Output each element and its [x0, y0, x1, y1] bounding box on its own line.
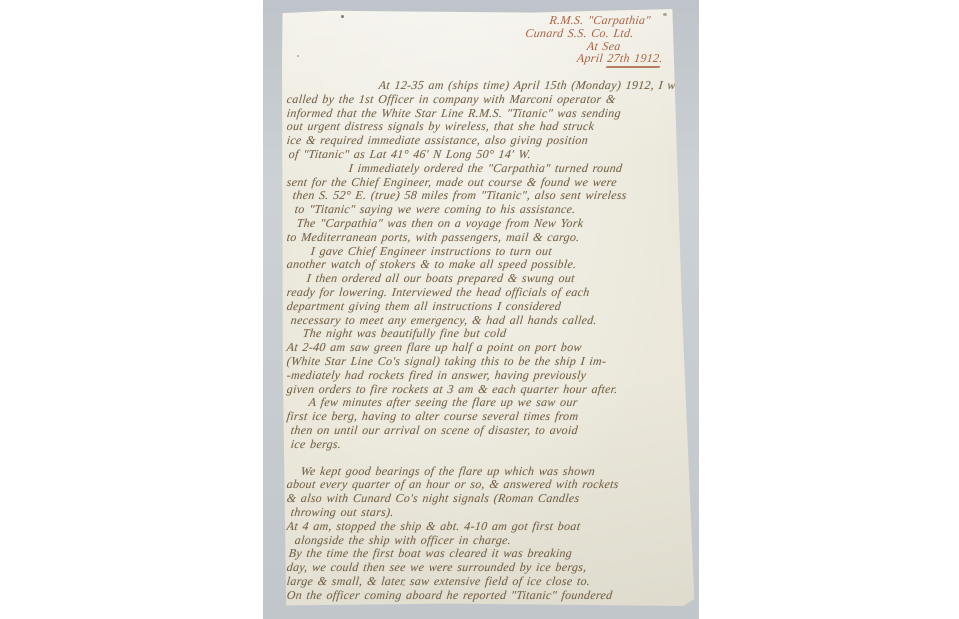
manuscript-line: At 2-40 am saw green flare up half a poi…	[286, 341, 687, 355]
manuscript-line: called by the 1st Officer in company wit…	[286, 93, 687, 107]
manuscript-line: I then ordered all our boats prepared & …	[286, 272, 687, 286]
manuscript-line: ready for lowering. Interviewed the head…	[286, 286, 687, 300]
date-underline	[605, 66, 660, 68]
paper-speck	[663, 13, 667, 16]
manuscript-line: throwing out stars).	[286, 506, 687, 520]
manuscript-line: & also with Cunard Co's night signals (R…	[286, 492, 687, 506]
header-line: April 27th 1912.	[432, 52, 663, 65]
letter-body: At 12-35 am (ships time) April 15th (Mon…	[286, 79, 686, 602]
header-line: R.M.S. "Carpathia"	[432, 14, 651, 27]
manuscript-line: department giving them all instructions …	[286, 300, 687, 314]
letter-header: R.M.S. "Carpathia"Cunard S.S. Co. Ltd.At…	[432, 14, 662, 68]
manuscript-line: At 4 am, stopped the ship & abt. 4-10 am…	[286, 520, 687, 534]
manuscript-line: ice bergs.	[286, 438, 687, 452]
manuscript-line: ice & required immediate assistance, als…	[286, 134, 687, 148]
manuscript-line: The "Carpathia" was then on a voyage fro…	[286, 217, 687, 231]
manuscript-line: first ice berg, having to alter course s…	[286, 410, 687, 424]
manuscript-line: to Mediterranean ports, with passengers,…	[286, 231, 687, 245]
photo-backdrop: R.M.S. "Carpathia"Cunard S.S. Co. Ltd.At…	[263, 0, 699, 619]
manuscript-line: -mediately had rockets fired in answer, …	[286, 369, 687, 383]
manuscript-line: then on until our arrival on scene of di…	[286, 424, 687, 438]
letter-page: R.M.S. "Carpathia"Cunard S.S. Co. Ltd.At…	[282, 9, 696, 606]
manuscript-line: to "Titanic" saying we were coming to hi…	[286, 203, 687, 217]
manuscript-line: (White Star Line Co's signal) taking thi…	[286, 355, 687, 369]
manuscript-line: of "Titanic" as Lat 41° 46' N Long 50° 1…	[286, 148, 687, 162]
manuscript-line: On the officer coming aboard he reported…	[286, 589, 687, 603]
manuscript-line: I immediately ordered the "Carpathia" tu…	[286, 162, 687, 176]
manuscript-line: day, we could then see we were surrounde…	[286, 561, 687, 575]
manuscript-line: large & small, & later saw extensive fie…	[286, 575, 687, 589]
paper-speck	[297, 55, 299, 57]
manuscript-line: At 12-35 am (ships time) April 15th (Mon…	[286, 79, 687, 93]
paper-speck	[341, 15, 344, 18]
document-photo: R.M.S. "Carpathia"Cunard S.S. Co. Ltd.At…	[0, 0, 959, 619]
header-line: Cunard S.S. Co. Ltd.	[432, 27, 634, 40]
